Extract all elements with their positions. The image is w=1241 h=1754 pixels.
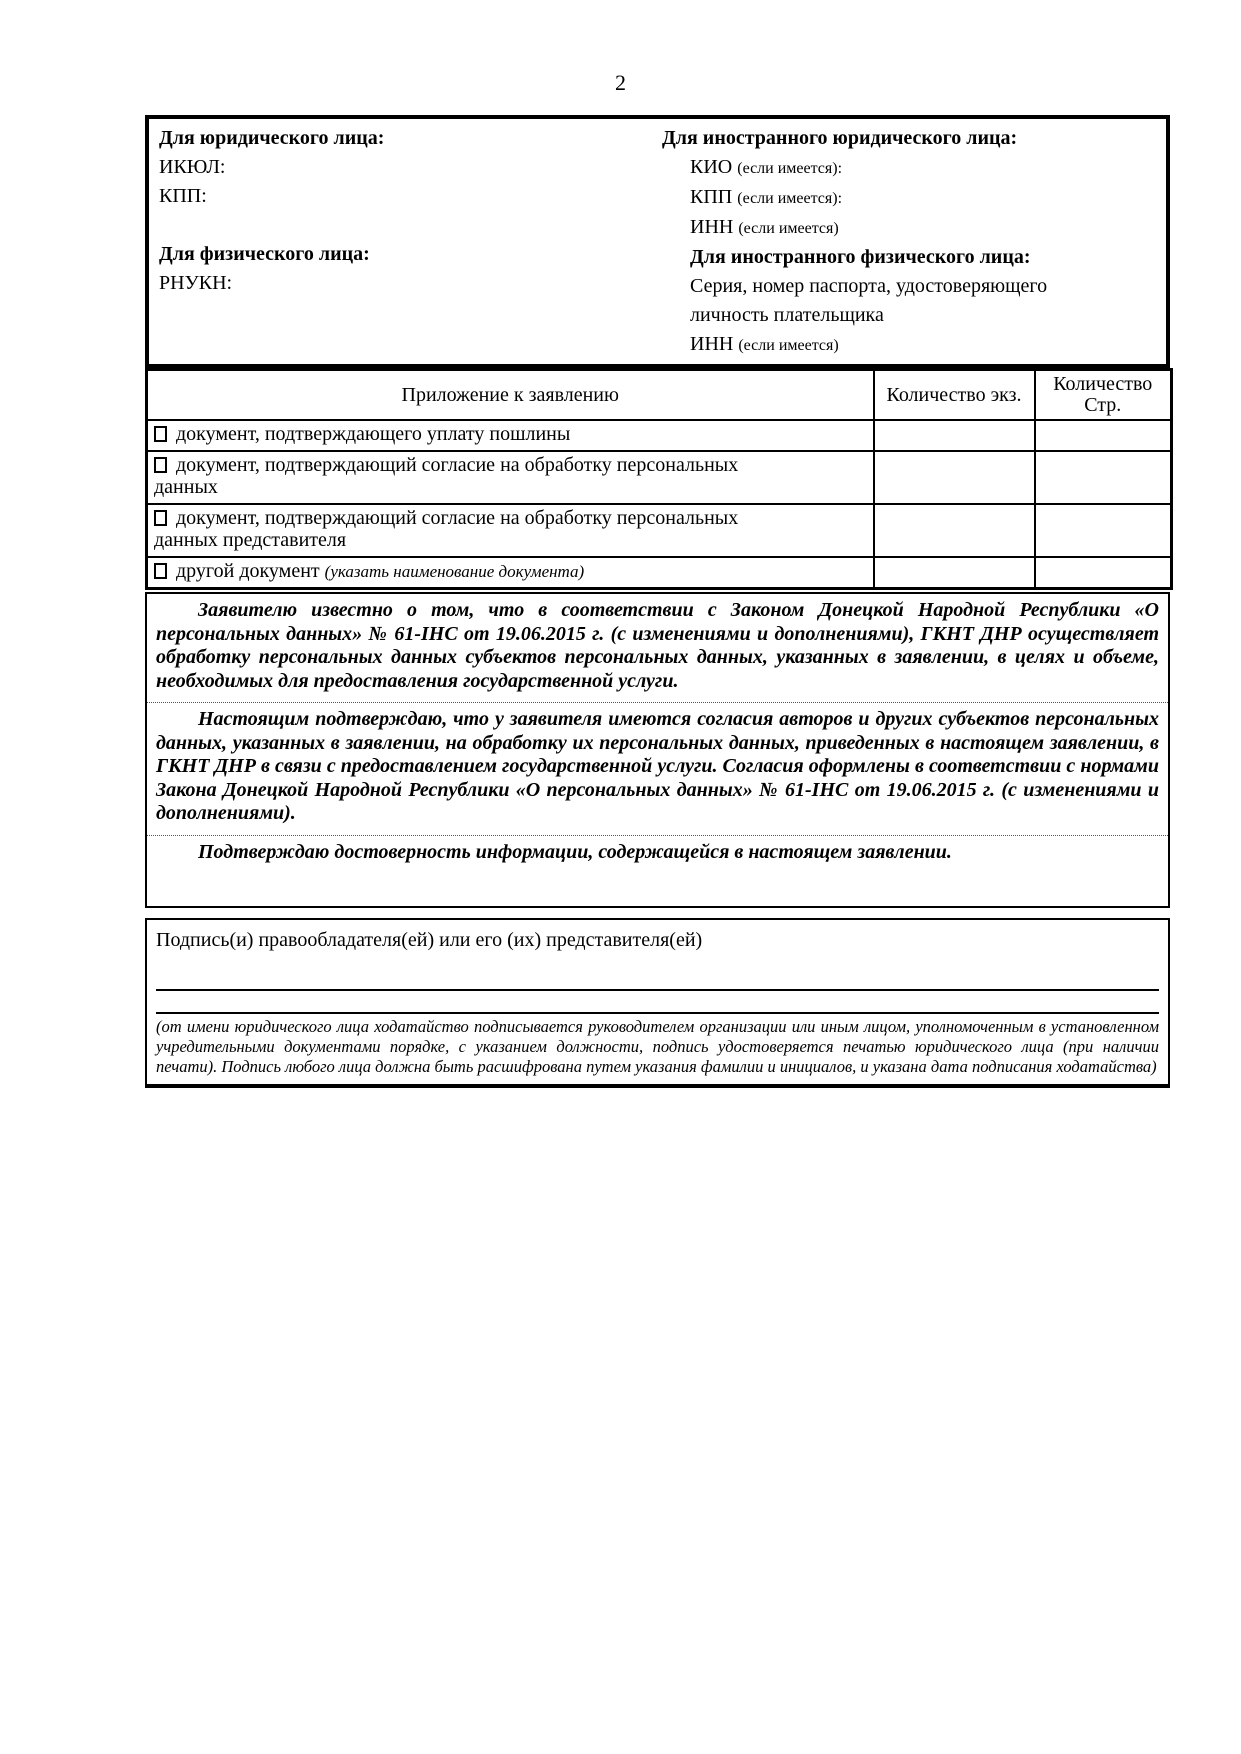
individual-heading: Для физического лица: (159, 240, 662, 269)
payer-ids-box: Для юридического лица: ИКЮЛ: КПП: Для фи… (145, 115, 1170, 368)
appendix-table: Приложение к заявлению Количество экз. К… (145, 368, 1173, 590)
row-label-cell: документ, подтверждающий согласие на обр… (147, 451, 874, 504)
table-row: документ, подтверждающий согласие на обр… (147, 451, 1172, 504)
qty-pages-header: Количество Стр. (1035, 370, 1172, 421)
qty-copies-cell (874, 557, 1035, 589)
qty-pages-cell (1035, 504, 1172, 557)
blank-line (159, 211, 662, 240)
row-label-cell: документ, подтверждающий согласие на обр… (147, 504, 874, 557)
row-label: документ, подтверждающего уплату пошлины (176, 423, 570, 445)
signature-line-2 (156, 1012, 1159, 1014)
kio-note: (если имеется): (737, 160, 842, 177)
foreign-kpp-code: КПП (690, 186, 732, 208)
appendix-header-row: Приложение к заявлению Количество экз. К… (147, 370, 1172, 421)
kio-code: КИО (690, 156, 732, 178)
table-row: документ, подтверждающего уплату пошлины (147, 420, 1172, 451)
foreign-individual-heading: Для иностранного физического лица: (690, 243, 1166, 272)
checkbox-icon[interactable] (154, 426, 167, 442)
kio-line: КИО (если имеется): (690, 153, 1166, 183)
foreign-payer-column: Для иностранного юридического лица: КИО … (662, 124, 1166, 360)
row-label: другой документ (176, 560, 320, 582)
page-number: 2 (0, 70, 1241, 96)
qty-pages-cell (1035, 420, 1172, 451)
rnukn-line: РНУКН: (159, 269, 662, 298)
foreign-kpp-note: (если имеется): (737, 190, 842, 207)
kpp-line: КПП: (159, 182, 662, 211)
appendix-title-header: Приложение к заявлению (147, 370, 874, 421)
row-label: документ, подтверждающий согласие на обр… (154, 507, 738, 551)
row-note: (указать наименование документа) (325, 562, 585, 581)
qty-copies-cell (874, 420, 1035, 451)
foreign-inn-code: ИНН (690, 216, 733, 238)
foreign-individual-inn-line: ИНН (если имеется) (690, 330, 1166, 360)
passport-line: Серия, номер паспорта, удостоверяющего л… (690, 272, 1092, 330)
row-label: документ, подтверждающий согласие на обр… (154, 454, 738, 498)
checkbox-icon[interactable] (154, 510, 167, 526)
legal-entity-heading: Для юридического лица: (159, 124, 662, 153)
foreign-inn-note: (если имеется) (738, 220, 838, 237)
foreign-legal-heading: Для иностранного юридического лица: (662, 124, 1166, 153)
table-row: другой документ(указать наименование док… (147, 557, 1172, 589)
foreign-inn-line: ИНН (если имеется) (690, 213, 1166, 243)
fi-inn-code: ИНН (690, 333, 733, 355)
signature-label: Подпись(и) правообладателя(ей) или его (… (156, 929, 1159, 952)
acknowledgement-paragraph-3: Подтверждаю достоверность информации, со… (147, 835, 1168, 907)
signature-note: (от имени юридического лица ходатайство … (156, 1017, 1159, 1077)
acknowledgements-box: Заявителю известно о том, что в соответс… (145, 592, 1170, 908)
acknowledgement-paragraph-2: Настоящим подтверждаю, что у заявителя и… (147, 702, 1168, 835)
row-label-cell: другой документ(указать наименование док… (147, 557, 874, 589)
qty-pages-cell (1035, 451, 1172, 504)
form-page-content: Для юридического лица: ИКЮЛ: КПП: Для фи… (145, 115, 1170, 1088)
qty-copies-cell (874, 451, 1035, 504)
table-row: документ, подтверждающий согласие на обр… (147, 504, 1172, 557)
qty-pages-cell (1035, 557, 1172, 589)
qty-copies-header: Количество экз. (874, 370, 1035, 421)
checkbox-icon[interactable] (154, 563, 167, 579)
foreign-kpp-line: КПП (если имеется): (690, 183, 1166, 213)
qty-copies-cell (874, 504, 1035, 557)
domestic-payer-column: Для юридического лица: ИКЮЛ: КПП: Для фи… (149, 124, 662, 360)
signature-section: Подпись(и) правообладателя(ей) или его (… (145, 918, 1170, 1088)
acknowledgement-paragraph-1: Заявителю известно о том, что в соответс… (147, 594, 1168, 702)
ikyul-line: ИКЮЛ: (159, 153, 662, 182)
checkbox-icon[interactable] (154, 457, 167, 473)
row-label-cell: документ, подтверждающего уплату пошлины (147, 420, 874, 451)
fi-inn-note: (если имеется) (738, 337, 838, 354)
signature-line-1 (156, 989, 1159, 991)
